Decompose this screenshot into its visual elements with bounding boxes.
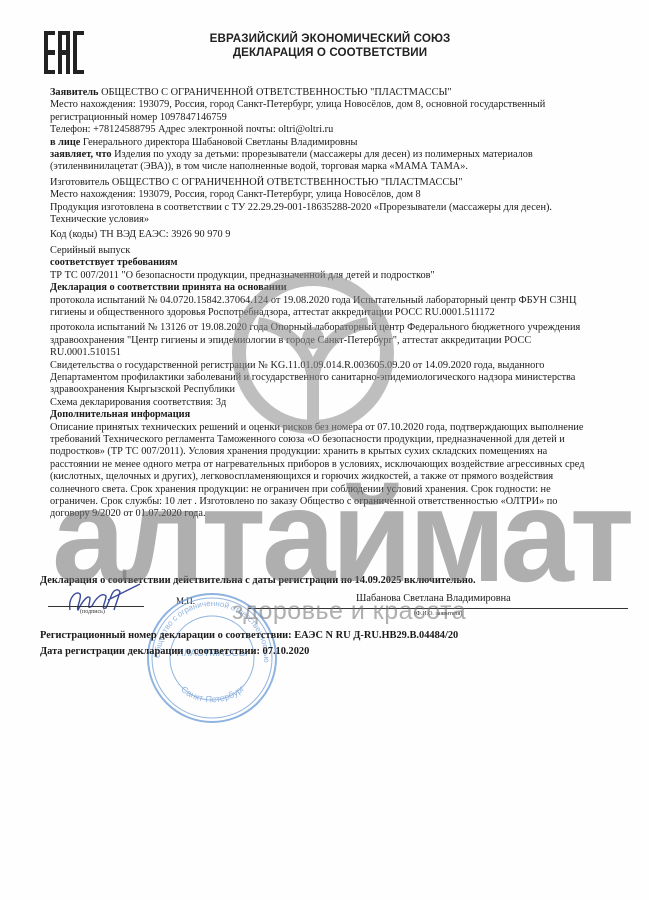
registration-date: Дата регистрации декларации о соответств…	[40, 646, 620, 657]
additional-info-label: Дополнительная информация	[50, 409, 595, 421]
applicant-address: Место нахождения: 193079, Россия, город …	[50, 99, 595, 124]
signature-caption: (подпись)	[80, 609, 105, 615]
compliance-label: соответствует требованиям	[50, 257, 595, 269]
compliance-regulation: ТР ТС 007/2011 "О безопасности продукции…	[50, 270, 595, 282]
manufacturer-standard: Продукция изготовлена в соответствии с Т…	[50, 202, 595, 227]
hs-code: Код (коды) ТН ВЭД ЕАЭС: 3926 90 970 9	[50, 229, 595, 241]
union-title: ЕВРАЗИЙСКИЙ ЭКОНОМИЧЕСКИЙ СОЮЗ	[150, 32, 510, 46]
signature-line	[48, 606, 144, 607]
registration-certificate: Свидетельства о государственной регистра…	[50, 360, 595, 397]
applicant-name: ОБЩЕСТВО С ОГРАНИЧЕННОЙ ОТВЕТСТВЕННОСТЬЮ…	[99, 87, 452, 98]
document-header: ЕВРАЗИЙСКИЙ ЭКОНОМИЧЕСКИЙ СОЮЗ ДЕКЛАРАЦИ…	[150, 32, 510, 60]
document-title: ДЕКЛАРАЦИЯ О СООТВЕТСТВИИ	[150, 46, 510, 60]
applicant-representative: в лице Генерального директора Шабановой …	[50, 137, 595, 149]
release-type: Серийный выпуск	[50, 245, 595, 257]
registration-number: Регистрационный номер декларации о соотв…	[40, 630, 620, 641]
declaration-page: ЕВРАЗИЙСКИЙ ЭКОНОМИЧЕСКИЙ СОЮЗ ДЕКЛАРАЦИ…	[0, 0, 649, 900]
signer-caption: (Ф.И.О. заявителя)	[414, 611, 462, 617]
applicant-line: Заявитель ОБЩЕСТВО С ОГРАНИЧЕННОЙ ОТВЕТС…	[50, 87, 595, 99]
test-protocol-2: протокола испытаний № 13126 от 19.08.202…	[50, 322, 595, 359]
manufacturer-address: Место нахождения: 193079, Россия, город …	[50, 189, 595, 201]
applicant-declaration: заявляет, что Изделия по уходу за детьми…	[50, 149, 595, 174]
basis-label: Декларация о соответствии принята на осн…	[50, 282, 595, 294]
manufacturer-name: Изготовитель ОБЩЕСТВО С ОГРАНИЧЕННОЙ ОТВ…	[50, 177, 595, 189]
test-protocol-1: протокола испытаний № 04.0720.15842.3706…	[50, 295, 595, 320]
declaration-scheme: Схема декларирования соответствия: 3д	[50, 397, 595, 409]
svg-text:Санкт-Петербург: Санкт-Петербург	[179, 683, 247, 705]
signer-line	[248, 608, 628, 609]
company-stamp-icon: Общество с ограниченной ответственностью…	[144, 590, 280, 726]
applicant-contacts: Телефон: +78124588795 Адрес электронной …	[50, 124, 595, 136]
applicant-label: Заявитель	[50, 87, 99, 98]
eac-logo-icon	[44, 31, 84, 74]
additional-info-text: Описание принятых технических решений и …	[50, 422, 595, 521]
signer-name: Шабанова Светлана Владимировна	[356, 593, 511, 604]
declaration-body: Заявитель ОБЩЕСТВО С ОГРАНИЧЕННОЙ ОТВЕТС…	[50, 87, 595, 521]
